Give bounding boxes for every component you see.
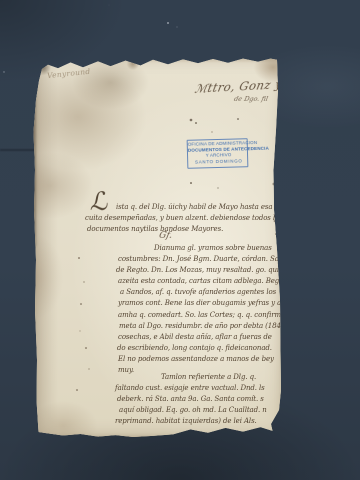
handwriting-line: reprimand. habitat izquierdas) de lei Al… [115, 416, 267, 427]
body-paragraph-2: Dianuma gl. yramos sobre buenas costumbr… [118, 243, 288, 376]
body-paragraph-1: ista q. del Dlg. úichy habil de Mayo has… [85, 202, 306, 235]
handwriting-line: do escribiendo, long contajo q. fideican… [117, 343, 288, 354]
handwriting-line: costumbres: Dn. José Bgm. Duarte, córdan… [118, 254, 288, 265]
archive-stamp-text: OFICINA DE ADMINISTRACION DOCUMENTOS DE … [188, 140, 250, 166]
ink-specks [33, 56, 35, 58]
backdrop-crease [0, 149, 36, 151]
handwriting-line: El no podemos assentandoze a manos de be… [118, 354, 288, 365]
handwriting-line: Tamlon refieriente a Dlg. q. [115, 372, 267, 383]
photo-backdrop: Venyround ℳttro, Gonz y fil de Dgo. fil … [0, 0, 360, 480]
handwriting-line: azeita esta contada, cartas citam adbleg… [118, 276, 288, 287]
dateline-script-line: ℳttro, Gonz y fil [194, 77, 318, 95]
handwriting-line: ista q. del Dlg. úichy habil de Mayo has… [85, 202, 306, 213]
handwriting-line: Dianuma gl. yramos sobre buenas [118, 243, 288, 254]
handwriting-line: deberk. rá Sta. anta 9a. Ga. Santa comít… [117, 394, 267, 405]
paragraph-ornament: Gf. [158, 231, 173, 241]
stamp-line-4: SANTO DOMINGO [188, 158, 249, 166]
handwriting-line: cuita desempeñadas, y buen alzent. debie… [85, 213, 306, 224]
handwriting-line: aquí obligad. Eq. go. oh md. La Cualltad… [119, 405, 267, 416]
dateline-script-subline: de Dgo. fil [233, 96, 268, 103]
handwriting-line: faltando cust. esigaje entre vactual. Dn… [115, 383, 267, 394]
body-paragraph-3: Tamlon refieriente a Dlg. q. faltando cu… [115, 372, 267, 427]
paper-left-edge-stain [33, 86, 37, 246]
handwriting-line: cosechas, e Abil desta añía, aflar a fue… [118, 332, 288, 343]
document-paper: Venyround ℳttro, Gonz y fil de Dgo. fil … [33, 56, 283, 437]
handwriting-line: documentos naytilas bandose Mayores. [87, 224, 306, 235]
dust-specks [0, 0, 2, 2]
dateline-signature: ℳttro, Gonz y fil de Dgo. fil [196, 83, 316, 95]
margin-annotation: Venyround [47, 67, 91, 80]
handwriting-line: amha q. comedart. So. las Cortes; q. q. … [118, 310, 288, 321]
handwriting-line: de Regto. Dn. Los Mozas, muy resaltad. g… [116, 265, 288, 276]
handwriting-line: a Sandos, af. q. tuvofe afanderios agent… [120, 287, 288, 298]
handwriting-line: meta al Dgo. residumbr. de año por debta… [119, 321, 288, 332]
archive-stamp: OFICINA DE ADMINISTRACION DOCUMENTOS DE … [187, 138, 249, 169]
handwriting-line: yramos cont. Bene las dier obugamis yefr… [118, 298, 288, 309]
